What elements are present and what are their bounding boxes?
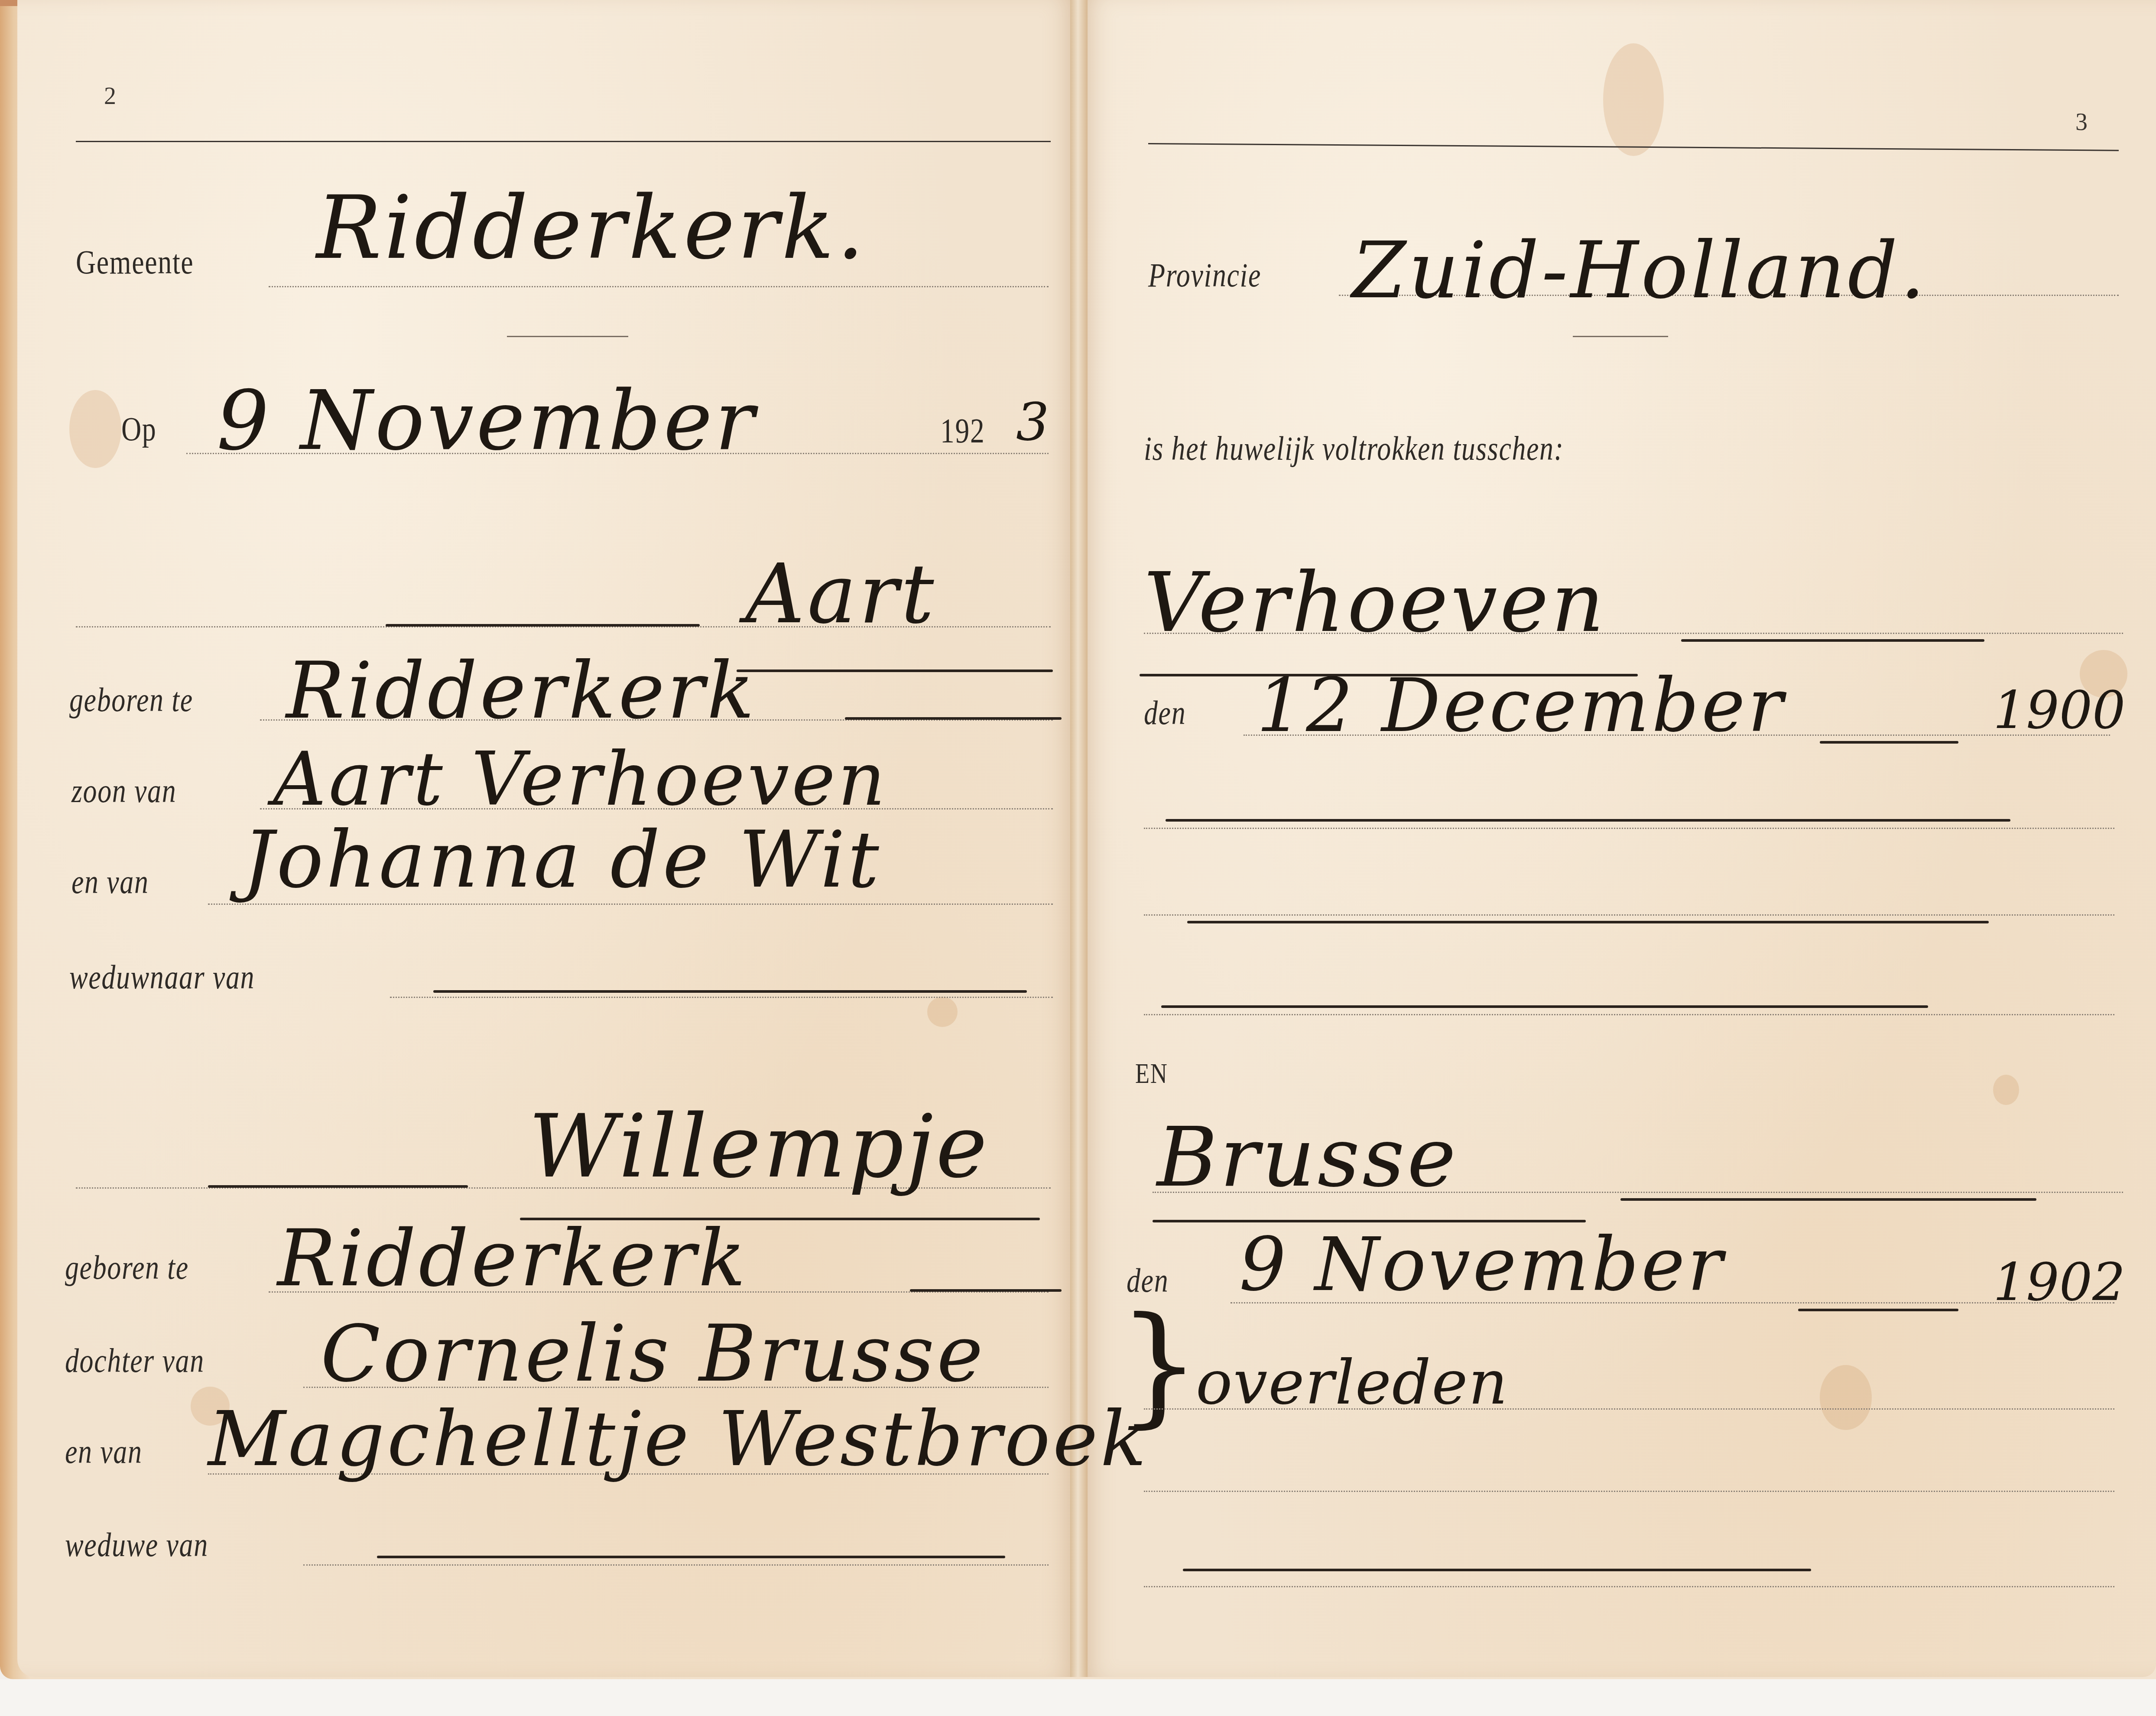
extra-dotted-line — [1144, 914, 2114, 916]
gemeente-value: Ridderkerk. — [316, 178, 867, 279]
bride-born-place: Ridderkerk — [277, 1213, 748, 1304]
brace-icon: } — [1118, 1300, 1201, 1430]
groom-name-underline — [737, 669, 1053, 672]
groom-birth-date: 12 December — [1257, 663, 1786, 749]
bride-born-label: geboren te — [65, 1248, 189, 1287]
groom-mother: Johanna de Wit — [243, 815, 882, 905]
groom-widower-label: weduwnaar van — [69, 958, 255, 997]
groom-born-fill-line — [845, 717, 1062, 720]
date-label: Op — [121, 409, 156, 448]
paper-stain — [1993, 1075, 2019, 1105]
page-number-left: 2 — [104, 82, 116, 110]
bride-birth-year: 1902 — [1993, 1252, 2125, 1313]
year-suffix: 3 — [1016, 392, 1049, 452]
bride-first-name: Willempje — [529, 1096, 990, 1197]
bride-daughter-of-label: dochter van — [65, 1341, 205, 1380]
provincie-label: Provincie — [1148, 256, 1261, 295]
bride-mother: Magchelltje Westbroek — [208, 1395, 1149, 1483]
bride-birth-fill-line — [1798, 1309, 1958, 1311]
bride-name-fill-line — [208, 1185, 468, 1188]
groom-birth-den-label: den — [1144, 693, 1186, 732]
bride-surname-fill-line — [1620, 1198, 2036, 1201]
en-label: EN — [1135, 1057, 1168, 1090]
marriage-booklet: 2 Gemeente Ridderkerk. Op 9 November 192… — [0, 0, 2156, 1679]
divider — [1573, 336, 1668, 337]
paper-stain — [1603, 43, 1664, 156]
groom-surname: Verhoeven — [1144, 555, 1607, 650]
groom-name-fill-line — [386, 624, 700, 627]
gemeente-label: Gemeente — [76, 243, 194, 282]
groom-birth-fill-line — [1820, 741, 1958, 744]
bride-widow-fill-line — [377, 1556, 1005, 1558]
extra-fill-line — [1161, 1005, 1928, 1008]
groom-widower-fill-line — [433, 990, 1027, 993]
extra-fill-line — [1183, 1569, 1811, 1571]
groom-birth-year: 1900 — [1993, 680, 2125, 741]
groom-son-of-label: zoon van — [71, 771, 176, 810]
groom-widower-dotted-line — [390, 997, 1053, 998]
divider — [507, 336, 628, 337]
bride-note: overleden — [1196, 1348, 1508, 1418]
bride-and-of-label: en van — [65, 1432, 143, 1471]
marriage-intro: is het huwelijk voltrokken tusschen: — [1144, 429, 1564, 468]
extra-dotted-line — [1144, 1014, 2114, 1015]
extra-dotted-line — [1144, 828, 2114, 829]
bride-birth-date: 9 November — [1239, 1222, 1725, 1308]
groom-first-name: Aart — [745, 546, 937, 642]
marriage-date: 9 November — [217, 373, 757, 468]
year-prefix: 192 — [940, 412, 985, 451]
bride-widow-dotted-line — [303, 1564, 1049, 1566]
gemeente-dotted-line — [269, 286, 1049, 287]
groom-and-of-label: en van — [71, 862, 149, 901]
groom-surname-fill-line — [1681, 639, 1984, 642]
extra-dotted-line — [1144, 1491, 2114, 1492]
paper-stain — [927, 997, 958, 1027]
extra-fill-line — [1166, 819, 2010, 822]
bride-father: Cornelis Brusse — [321, 1309, 986, 1399]
bride-surname: Brusse — [1157, 1109, 1458, 1205]
provincie-value: Zuid-Holland. — [1352, 225, 1928, 316]
scan-background — [0, 1679, 2156, 1716]
extra-fill-line — [1187, 921, 1989, 923]
paper-stain — [69, 390, 121, 468]
bride-born-fill-line — [910, 1289, 1062, 1292]
groom-father: Aart Verhoeven — [273, 737, 888, 822]
header-rule — [76, 141, 1051, 142]
page-number-right: 3 — [2075, 108, 2088, 136]
bride-widow-label: weduwe van — [65, 1525, 208, 1564]
groom-born-label: geboren te — [69, 680, 193, 719]
paper-stain — [1820, 1365, 1872, 1430]
groom-born-place: Ridderkerk — [286, 646, 757, 736]
extra-dotted-line — [1144, 1586, 2114, 1587]
